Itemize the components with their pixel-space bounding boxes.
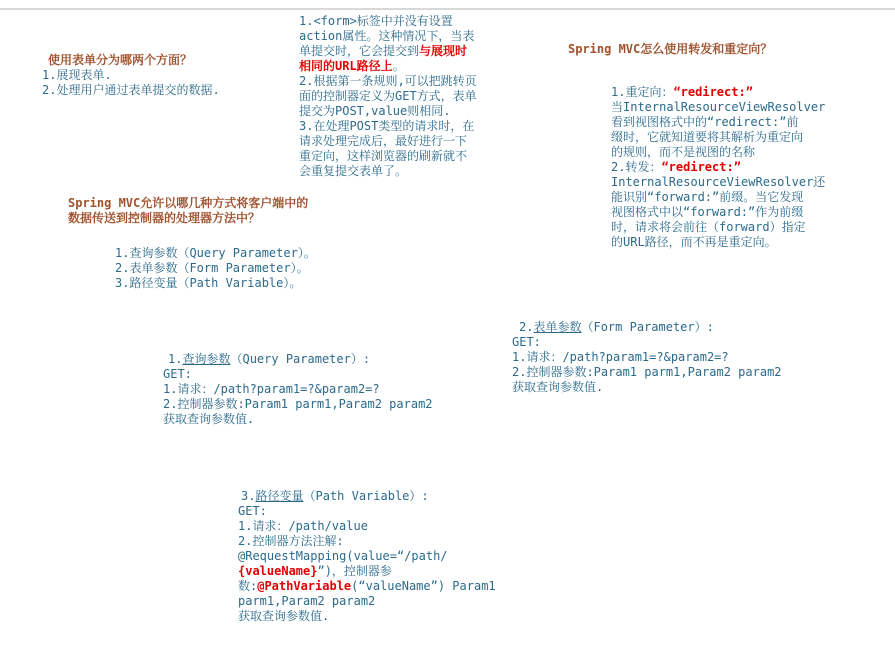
list-param-ways: 1.查询参数（Query Parameter）。2.表单参数（Form Para…	[115, 246, 316, 291]
body-text: 3.路径变量（Path Variable）。	[115, 276, 301, 290]
heading-text: 数据传送到控制器的处理器方法中？	[68, 211, 260, 225]
body-text: 看到视图格式中的“redirect:”前	[611, 115, 798, 129]
body-text: GET:	[512, 335, 541, 349]
body-text: 1.展现表单.	[42, 68, 112, 82]
body-text: 获取查询参数值.	[163, 412, 254, 426]
body-text: 2.控制器参数:Param1 parm1,Param2 param2	[163, 397, 433, 411]
body-text: 请求处理完成后，最好进行一下	[299, 134, 467, 148]
note-form-parameter: 2.表单参数（Form Parameter）:GET:1.请求：/path?pa…	[512, 320, 782, 395]
body-text: 提交为POST,value则相同.	[299, 104, 450, 118]
heading-text: Spring MVC怎么使用转发和重定向？	[568, 42, 772, 56]
body-text: 2.表单参数（Form Parameter）。	[115, 261, 309, 275]
body-text: 1.请求：/path?param1=?&param2=?	[512, 350, 729, 364]
term-link[interactable]: 查询参数	[182, 352, 230, 366]
highlight-text: @PathVariable	[257, 579, 351, 593]
body-text: 数:	[238, 579, 257, 593]
body-text: 获取查询参数值.	[238, 609, 329, 623]
body-text: 1.查询参数（Query Parameter）。	[115, 246, 316, 260]
note-path-variable: 3.路径变量（Path Variable）:GET:1.请求：/path/val…	[238, 489, 496, 624]
question-forward-redirect: Spring MVC怎么使用转发和重定向？	[568, 42, 772, 57]
body-text: 2.	[519, 320, 533, 334]
body-text: 1.	[168, 352, 182, 366]
body-text: 2.转发：	[611, 160, 661, 174]
highlight-text: “redirect:”	[661, 160, 740, 174]
body-text: （Path Variable）:	[303, 489, 428, 503]
body-text: （Form Parameter）:	[581, 320, 713, 334]
term-link[interactable]: 路径变量	[255, 489, 303, 503]
body-text: @RequestMapping(value=“/path/	[238, 549, 448, 563]
body-text: 视图格式中以“forward:”作为前缀	[611, 205, 803, 219]
body-text: 。	[393, 59, 405, 73]
body-text: 缀时，它就知道要将其解析为重定向	[611, 130, 803, 144]
body-text: (“valueName”) Param1	[351, 579, 496, 593]
body-text: InternalResourceViewResolver还	[611, 175, 825, 189]
body-text: 1.重定向：	[611, 85, 673, 99]
body-text: 当InternalResourceViewResolver	[611, 100, 825, 114]
question-param-ways: Spring MVC允许以哪几种方式将客户端中的数据传送到控制器的处理器方法中？	[68, 196, 308, 226]
body-text: 2.根据第一条规则,可以把跳转页	[299, 74, 477, 88]
body-text: 的规则，而不是视图的名称	[611, 145, 755, 159]
term-link[interactable]: 表单参数	[533, 320, 581, 334]
body-text: 时，请求将会前往（forward）指定	[611, 220, 806, 234]
body-text: 2.处理用户通过表单提交的数据.	[42, 83, 220, 97]
body-text: 单提交时，它会提交到	[299, 44, 419, 58]
body-text: 1.请求：/path/value	[238, 519, 368, 533]
note-forward-redirect: 1.重定向：“redirect:”当InternalResourceViewRe…	[611, 85, 825, 250]
note-form-rules: 1.<form>标签中并没有设置action属性。这种情况下，当表单提交时，它会…	[299, 14, 477, 179]
highlight-text: “redirect:”	[673, 85, 752, 99]
body-text: 2.控制器参数:Param1 parm1,Param2 param2	[512, 365, 782, 379]
question-form-aspects: 使用表单分为哪两个方面？1.展现表单.2.处理用户通过表单提交的数据.	[42, 53, 220, 98]
body-text: action属性。这种情况下，当表	[299, 29, 474, 43]
body-text: 3.在处理POST类型的请求时，在	[299, 119, 474, 133]
heading-text: Spring MVC允许以哪几种方式将客户端中的	[68, 196, 308, 210]
body-text: parm1,Param2 param2	[238, 594, 375, 608]
body-text: （Query Parameter）:	[230, 352, 370, 366]
body-text: GET:	[163, 367, 192, 381]
highlight-text: 与展现时	[419, 44, 467, 58]
heading-text: 使用表单分为哪两个方面？	[48, 53, 192, 67]
body-text: 3.	[241, 489, 255, 503]
highlight-text: 相同的URL路径上	[299, 59, 393, 73]
body-text: 会重复提交表单了。	[299, 164, 407, 178]
body-text: 的URL路径，而不再是重定向。	[611, 235, 777, 249]
body-text: GET:	[238, 504, 267, 518]
body-text: 重定向，这样浏览器的刷新就不	[299, 149, 467, 163]
body-text: 2.控制器方法注解:	[238, 534, 344, 548]
body-text: 能识别“forward:”前缀。当它发现	[611, 190, 803, 204]
body-text: 面的控制器定义为GET方式，表单	[299, 89, 477, 103]
body-text: 1.<form>标签中并没有设置	[299, 14, 453, 28]
body-text: 1.请求：/path?param1=?&param2=?	[163, 382, 380, 396]
body-text: 获取查询参数值.	[512, 380, 603, 394]
note-query-parameter: 1.查询参数（Query Parameter）:GET:1.请求：/path?p…	[163, 352, 433, 427]
top-divider	[0, 8, 895, 10]
body-text: ”)，控制器参	[317, 564, 391, 578]
highlight-text: {valueName}	[238, 564, 317, 578]
